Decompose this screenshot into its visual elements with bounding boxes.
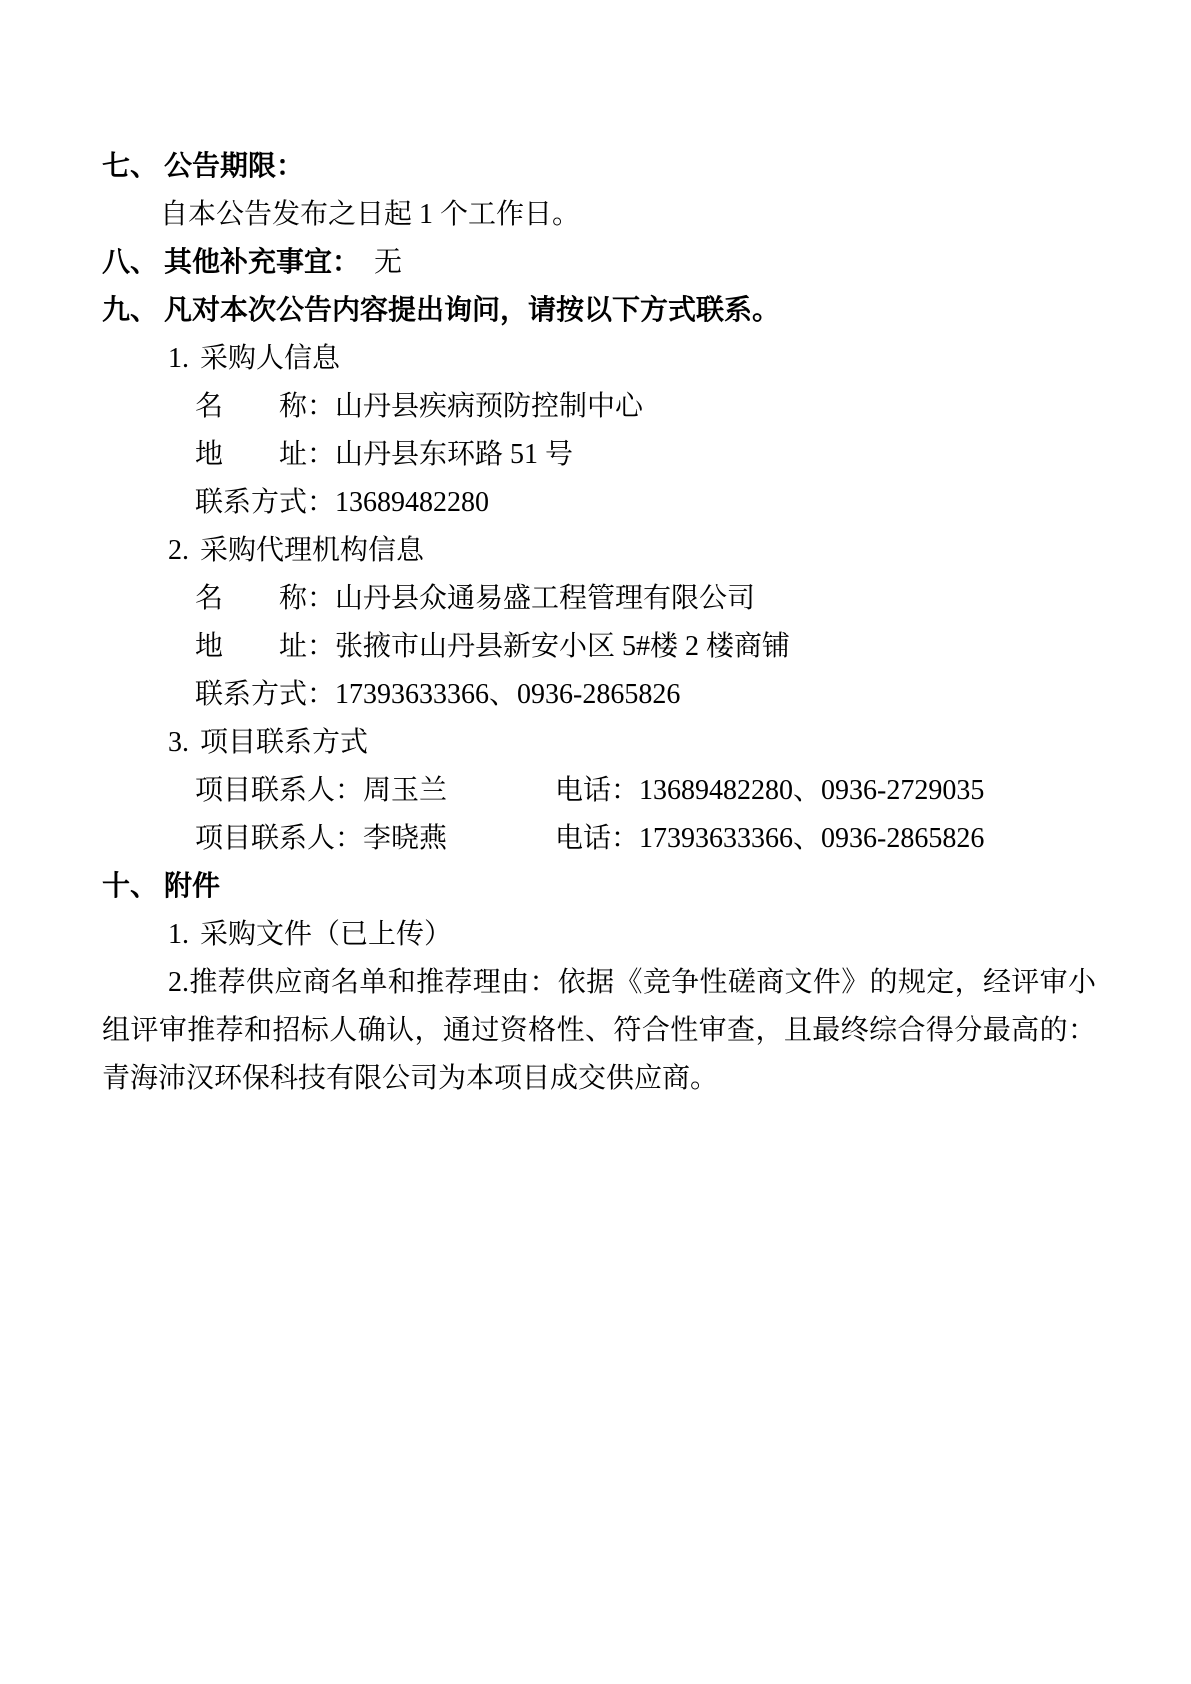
project-contact-1-person-name: 周玉兰 bbox=[363, 775, 447, 806]
purchaser-name-row: 名 称：山丹县疾病预防控制中心 bbox=[195, 383, 1096, 431]
agency-contact-label: 联系方式： bbox=[195, 679, 335, 710]
purchaser-name-label: 名 称： bbox=[195, 391, 335, 422]
project-contact-1-phone: 电话：13689482280、0936-2729035 bbox=[555, 767, 984, 815]
section-10-heading: 十、附件 bbox=[102, 863, 1096, 911]
purchaser-contact-value: 13689482280 bbox=[335, 487, 489, 518]
project-contact-1-person-label: 项目联系人： bbox=[195, 775, 363, 806]
agency-info-number: 2. bbox=[168, 527, 200, 575]
agency-address-row: 地 址：张掖市山丹县新安小区 5#楼 2 楼商铺 bbox=[195, 623, 1096, 671]
agency-name-value: 山丹县众通易盛工程管理有限公司 bbox=[335, 583, 755, 614]
attachment-1-number: 1. bbox=[168, 911, 200, 959]
section-8-value: 无 bbox=[374, 247, 402, 278]
section-10-number: 十、 bbox=[102, 863, 164, 911]
agency-info-title: 采购代理机构信息 bbox=[200, 535, 424, 566]
agency-address-value: 张掖市山丹县新安小区 5#楼 2 楼商铺 bbox=[335, 631, 790, 662]
agency-name-row: 名 称：山丹县众通易盛工程管理有限公司 bbox=[195, 575, 1096, 623]
project-contacts-heading: 3.项目联系方式 bbox=[168, 719, 1096, 767]
purchaser-address-label: 地 址： bbox=[195, 439, 335, 470]
section-8-title: 其他补充事宜： bbox=[164, 247, 360, 278]
agency-contact-value: 17393633366、0936-2865826 bbox=[335, 679, 680, 710]
section-9-number: 九、 bbox=[102, 287, 164, 335]
project-contact-2-person-name: 李晓燕 bbox=[363, 823, 447, 854]
purchaser-name-value: 山丹县疾病预防控制中心 bbox=[335, 391, 643, 422]
section-9-title: 凡对本次公告内容提出询问，请按以下方式联系。 bbox=[164, 295, 780, 326]
project-contacts-number: 3. bbox=[168, 719, 200, 767]
section-7-heading: 七、公告期限： bbox=[102, 143, 1096, 191]
project-contact-2-phone-value: 17393633366、0936-2865826 bbox=[639, 823, 984, 854]
purchaser-address-row: 地 址：山丹县东环路 51 号 bbox=[195, 431, 1096, 479]
purchaser-contact-label: 联系方式： bbox=[195, 487, 335, 518]
section-9-heading: 九、凡对本次公告内容提出询问，请按以下方式联系。 bbox=[102, 287, 1096, 335]
project-contact-2-person-label: 项目联系人： bbox=[195, 823, 363, 854]
purchaser-address-value: 山丹县东环路 51 号 bbox=[335, 439, 573, 470]
agency-info-heading: 2.采购代理机构信息 bbox=[168, 527, 1096, 575]
section-10-title: 附件 bbox=[164, 871, 220, 902]
project-contact-row-1: 项目联系人：周玉兰 电话：13689482280、0936-2729035 bbox=[195, 767, 1096, 815]
project-contact-1-phone-value: 13689482280、0936-2729035 bbox=[639, 775, 984, 806]
section-8-number: 八、 bbox=[102, 239, 164, 287]
project-contact-2-phone-label: 电话： bbox=[555, 823, 639, 854]
attachment-1-text: 采购文件（已上传） bbox=[200, 919, 452, 950]
attachment-1-line: 1.采购文件（已上传） bbox=[168, 911, 1096, 959]
agency-contact-row: 联系方式：17393633366、0936-2865826 bbox=[195, 671, 1096, 719]
purchaser-info-number: 1. bbox=[168, 335, 200, 383]
announcement-document: 七、公告期限： 自本公告发布之日起 1 个工作日。 八、其他补充事宜：无 九、凡… bbox=[0, 0, 1191, 1103]
agency-name-label: 名 称： bbox=[195, 583, 335, 614]
section-7-title: 公告期限： bbox=[164, 151, 304, 182]
section-7-number: 七、 bbox=[102, 143, 164, 191]
purchaser-info-heading: 1.采购人信息 bbox=[168, 335, 1096, 383]
project-contact-2-phone: 电话：17393633366、0936-2865826 bbox=[555, 815, 984, 863]
section-7-body: 自本公告发布之日起 1 个工作日。 bbox=[160, 191, 1096, 239]
project-contact-2-person: 项目联系人：李晓燕 bbox=[195, 815, 555, 863]
section-8-heading: 八、其他补充事宜：无 bbox=[102, 239, 1096, 287]
agency-address-label: 地 址： bbox=[195, 631, 335, 662]
purchaser-info-title: 采购人信息 bbox=[200, 343, 340, 374]
project-contacts-title: 项目联系方式 bbox=[200, 727, 368, 758]
attachment-2-paragraph: 2.推荐供应商名单和推荐理由：依据《竞争性磋商文件》的规定，经评审小组评审推荐和… bbox=[102, 959, 1096, 1103]
project-contact-1-phone-label: 电话： bbox=[555, 775, 639, 806]
project-contact-row-2: 项目联系人：李晓燕 电话：17393633366、0936-2865826 bbox=[195, 815, 1096, 863]
project-contact-1-person: 项目联系人：周玉兰 bbox=[195, 767, 555, 815]
purchaser-contact-row: 联系方式：13689482280 bbox=[195, 479, 1096, 527]
